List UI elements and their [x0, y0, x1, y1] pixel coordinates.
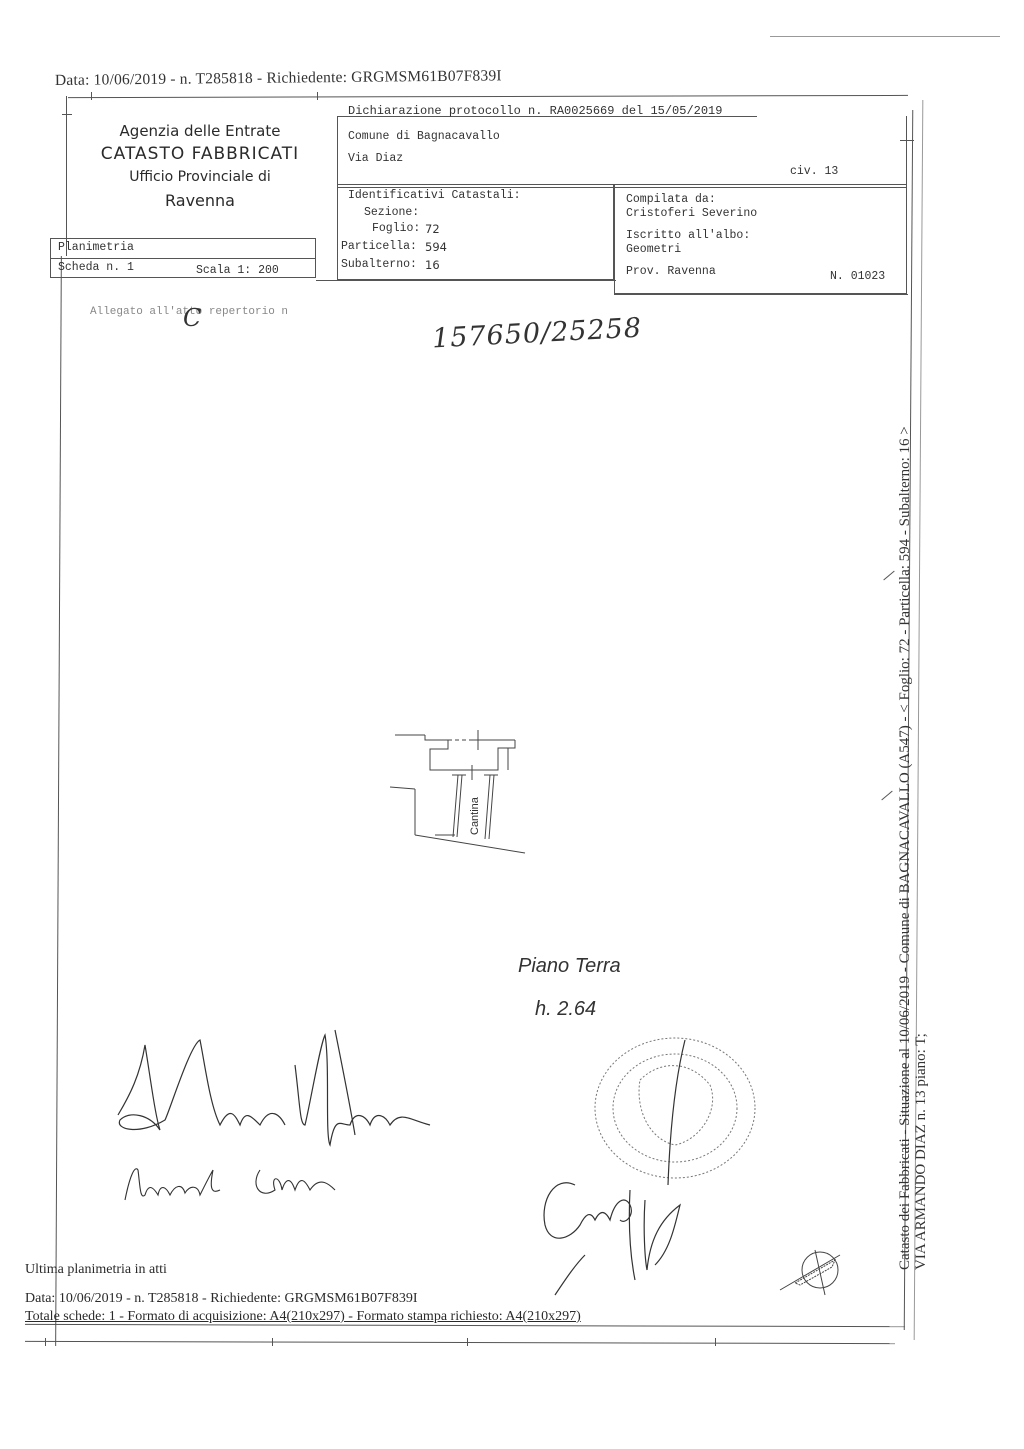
plan-scale: Scala 1: 200 [196, 264, 279, 277]
province-text: Prov. Ravenna [626, 265, 716, 278]
ceiling-height: h. 2.64 [535, 998, 596, 1021]
floor-name: Piano Terra [518, 955, 621, 978]
request-header: Data: 10/06/2019 - n. T285818 - Richiede… [55, 67, 502, 90]
subalterno-value: 16 [425, 258, 440, 272]
side-address-text: VIA ARMANDO DIAZ n. 13 piano: T; [913, 1033, 930, 1270]
top-right-scan-line [770, 36, 1000, 37]
annex-letter: C [183, 304, 201, 332]
footer-last-plan: Ultima planimetria in atti [25, 1262, 167, 1278]
floor-plan-drawing: Cantina [390, 725, 530, 855]
tick-mark [467, 1338, 468, 1346]
registered-value: Geometri [626, 243, 681, 256]
plan-info-divider [50, 258, 316, 259]
header-bottom-line-right [614, 294, 908, 295]
compiled-by-name: Cristoferi Severino [626, 207, 757, 220]
side-cadastral-text: Catasto dei Fabbricati - Situazione al 1… [897, 426, 914, 1270]
agency-name: Agenzia delle Entrate [70, 120, 330, 143]
tick-mark [45, 1338, 46, 1346]
office-label: Ufficio Provinciale di [70, 166, 330, 189]
footer-request-info: Data: 10/06/2019 - n. T285818 - Richiede… [25, 1291, 418, 1307]
identifiers-title: Identificativi Catastali: [348, 189, 521, 202]
frame-left-line [66, 96, 67, 256]
registry-name: CATASTO FABBRICATI [70, 143, 330, 166]
sheet-number: Scheda n. 1 [58, 261, 134, 274]
foglio-label: Foglio: [372, 222, 420, 235]
agency-block: Agenzia delle Entrate CATASTO FABBRICATI… [70, 120, 330, 212]
signature-3 [535, 1170, 715, 1300]
signature-1: Amadei Silvio [110, 1025, 450, 1215]
room-label-cantina: Cantina [469, 796, 481, 835]
frame-left-line-lower [55, 256, 62, 1346]
particella-label: Particella: [341, 240, 417, 253]
registration-number: N. 01023 [830, 270, 885, 283]
protocol-text: Dichiarazione protocollo n. RA0025669 de… [348, 104, 722, 118]
civic-number: civ. 13 [790, 165, 838, 178]
tick-mark-h [62, 114, 72, 115]
plan-title: Planimetria [58, 241, 134, 254]
registered-label: Iscritto all'albo: [626, 229, 750, 242]
compiled-by-label: Compilata da: [626, 193, 716, 206]
street-text: Via Diaz [348, 152, 403, 165]
footer-format-info: Totale schede: 1 - Formato di acquisizio… [25, 1309, 581, 1325]
tick-mark-h [881, 791, 892, 801]
header-bottom-line [316, 280, 616, 281]
subalterno-label: Subalterno: [341, 258, 417, 271]
comune-text: Comune di Bagnacavallo [348, 130, 500, 143]
tick-mark-h [883, 571, 894, 581]
sezione-label: Sezione: [364, 206, 419, 219]
tick-mark [317, 92, 318, 100]
official-stamp [580, 1030, 760, 1190]
signature-name: Amadei Silvio [110, 1025, 116, 1026]
foglio-value: 72 [425, 222, 440, 236]
annex-handwritten-number: 157650/25258 [431, 313, 642, 355]
tick-mark [91, 92, 92, 100]
particella-value: 594 [425, 240, 447, 254]
north-arrow-icon [770, 1245, 850, 1305]
tick-mark [272, 1338, 273, 1346]
frame-bottom-outer-line [25, 1341, 895, 1344]
tick-mark [715, 1338, 716, 1346]
frame-top-line [68, 95, 908, 98]
office-city: Ravenna [70, 189, 330, 212]
